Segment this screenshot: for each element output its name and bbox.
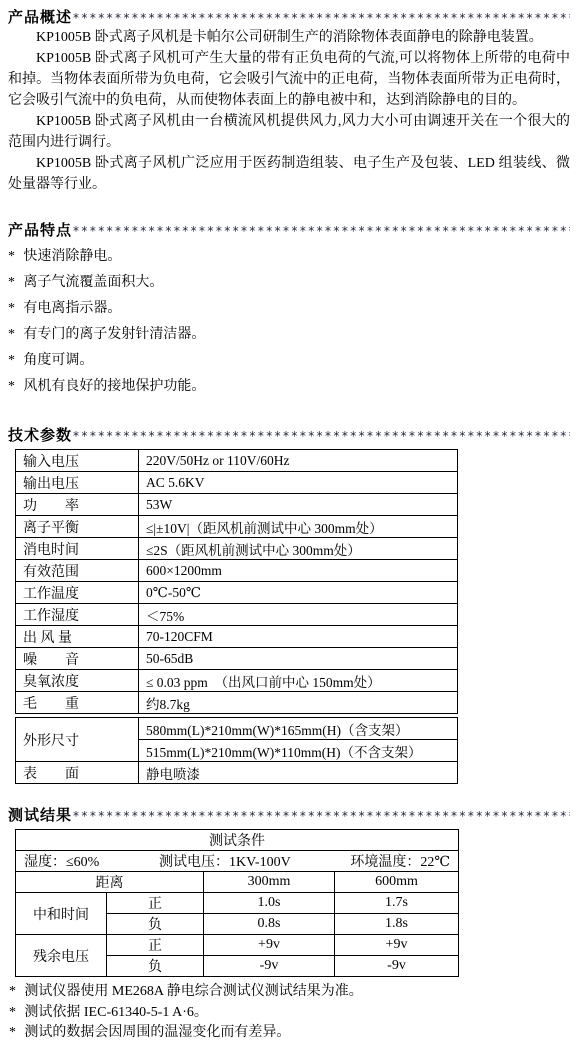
note-text: 测试依据 IEC-61340-5-1 A·6。 xyxy=(24,1005,208,1020)
asterisk-bullet: * xyxy=(8,374,23,400)
tests-title: 测试结果 xyxy=(8,804,72,825)
section-specs-heading: 技术参数 ***********************************… xyxy=(8,424,570,445)
spec-value: ≤2S（距风机前测试中心 300mm处） xyxy=(139,538,458,560)
spec-value: 约8.7kg xyxy=(139,692,458,714)
dimensions-label: 外形尺寸 xyxy=(16,718,139,762)
star-separator: ****************************************… xyxy=(73,429,570,443)
note-text: 测试的数据会因周围的温湿变化而有差异。 xyxy=(24,1025,290,1040)
specs-title: 技术参数 xyxy=(8,424,72,445)
spec-value: 0℃-50℃ xyxy=(139,582,458,604)
asterisk-bullet: * xyxy=(9,1023,24,1044)
spec-value: 220V/50Hz or 110V/60Hz xyxy=(139,450,458,472)
spec-label: 工作湿度 xyxy=(16,604,139,626)
cell-value: -9v xyxy=(335,956,459,977)
spec-label: 输出电压 xyxy=(16,472,139,494)
spec-row: 出 风 量70-120CFM xyxy=(16,626,458,648)
features-list: *快速消除静电。 *离子气流覆盖面积大。 *有电离指示器。 *有专门的离子发射针… xyxy=(8,244,570,400)
condition-voltage: 测试电压：1KV-100V xyxy=(159,851,291,871)
dimensions-table: 外形尺寸 580mm(L)*210mm(W)*165mm(H)（含支架） 515… xyxy=(15,717,458,784)
spec-value: ≤|±10V|（距风机前测试中心 300mm处） xyxy=(139,516,458,538)
overview-paragraph-3: KP1005B 卧式离子风机由一台横流风机提供风力,风力大小可由调速开关在一个很… xyxy=(8,111,570,153)
table-row: 残余电压 正 +9v +9v xyxy=(16,935,459,956)
spec-row: 臭氧浓度≤ 0.03 ppm （出风口前中心 150mm处） xyxy=(16,670,458,692)
spec-label: 消电时间 xyxy=(16,538,139,560)
feature-item: *有专门的离子发射针清洁器。 xyxy=(8,322,570,348)
spec-row: 工作温度0℃-50℃ xyxy=(16,582,458,604)
dimension-row: 外形尺寸 580mm(L)*210mm(W)*165mm(H)（含支架） xyxy=(16,718,458,740)
condition-temperature: 环境温度：22℃ xyxy=(350,851,450,871)
cell-value: +9v xyxy=(335,935,459,956)
residual-voltage-label: 残余电压 xyxy=(16,935,107,977)
feature-item: *角度可调。 xyxy=(8,348,570,374)
feature-item: *离子气流覆盖面积大。 xyxy=(8,270,570,296)
feature-item: *快速消除静电。 xyxy=(8,244,570,270)
polarity-label: 正 xyxy=(107,893,204,914)
polarity-label: 正 xyxy=(107,935,204,956)
spec-row: 有效范围600×1200mm xyxy=(16,560,458,582)
specs-table: 输入电压220V/50Hz or 110V/60Hz 输出电压AC 5.6KV … xyxy=(15,449,458,714)
features-title: 产品特点 xyxy=(8,219,72,240)
overview-paragraph-4: KP1005B 卧式离子风机广泛应用于医药制造组装、电子生产及包装、LED 组装… xyxy=(8,153,570,195)
asterisk-bullet: * xyxy=(8,244,23,270)
test-conditions-values: 湿度：≤60% 测试电压：1KV-100V 环境温度：22℃ xyxy=(24,851,450,871)
spec-value: ≤ 0.03 ppm （出风口前中心 150mm处） xyxy=(139,670,458,692)
spec-value: 600×1200mm xyxy=(139,560,458,582)
surface-row: 表 面 静电喷漆 xyxy=(16,762,458,784)
cell-value: 1.7s xyxy=(335,893,459,914)
section-overview-heading: 产品概述 ***********************************… xyxy=(8,6,570,27)
spec-label: 臭氧浓度 xyxy=(16,670,139,692)
cell-value: 1.8s xyxy=(335,914,459,935)
feature-text: 风机有良好的接地保护功能。 xyxy=(23,379,205,394)
feature-item: *风机有良好的接地保护功能。 xyxy=(8,374,570,400)
feature-text: 有专门的离子发射针清洁器。 xyxy=(23,327,205,342)
feature-text: 离子气流覆盖面积大。 xyxy=(23,275,163,290)
asterisk-bullet: * xyxy=(8,270,23,296)
note-item: *测试的数据会因周围的温湿变化而有差异。 xyxy=(9,1023,570,1044)
feature-item: *有电离指示器。 xyxy=(8,296,570,322)
spec-row: 噪 音50-65dB xyxy=(16,648,458,670)
spec-label: 工作温度 xyxy=(16,582,139,604)
asterisk-bullet: * xyxy=(9,982,24,1003)
test-conditions-row: 湿度：≤60% 测试电压：1KV-100V 环境温度：22℃ xyxy=(16,851,459,872)
spec-label: 毛 重 xyxy=(16,692,139,714)
spec-value: AC 5.6KV xyxy=(139,472,458,494)
table-row: 中和时间 正 1.0s 1.7s xyxy=(16,893,459,914)
overview-paragraph-2: KP1005B 卧式离子风机可产生大量的带有正负电荷的气流,可以将物体上所带的电… xyxy=(8,48,570,111)
document-page: 产品概述 ***********************************… xyxy=(0,0,577,1054)
cell-value: -9v xyxy=(204,956,335,977)
star-separator: ****************************************… xyxy=(73,224,570,238)
section-features-heading: 产品特点 ***********************************… xyxy=(8,219,570,240)
test-conditions-title-row: 测试条件 xyxy=(16,830,459,851)
spec-row: 毛 重约8.7kg xyxy=(16,692,458,714)
spec-label: 输入电压 xyxy=(16,450,139,472)
spec-value: 50-65dB xyxy=(139,648,458,670)
spec-row: 离子平衡≤|±10V|（距风机前测试中心 300mm处） xyxy=(16,516,458,538)
overview-paragraphs: KP1005B 卧式离子风机是卡帕尔公司研制生产的消除物体表面静电的除静电装置。… xyxy=(8,27,570,195)
spec-value: 53W xyxy=(139,494,458,516)
section-specs: 技术参数 ***********************************… xyxy=(8,424,570,784)
surface-label: 表 面 xyxy=(16,762,139,784)
spec-row: 输出电压AC 5.6KV xyxy=(16,472,458,494)
overview-paragraph-1: KP1005B 卧式离子风机是卡帕尔公司研制生产的消除物体表面静电的除静电装置。 xyxy=(8,27,570,48)
section-features: 产品特点 ***********************************… xyxy=(8,219,570,400)
spec-row: 工作湿度＜75% xyxy=(16,604,458,626)
polarity-label: 负 xyxy=(107,914,204,935)
distance-600: 600mm xyxy=(335,872,459,893)
condition-humidity: 湿度：≤60% xyxy=(24,851,99,871)
spec-label: 离子平衡 xyxy=(16,516,139,538)
asterisk-bullet: * xyxy=(9,1003,24,1024)
distance-label: 距离 xyxy=(16,872,204,893)
cell-value: +9v xyxy=(204,935,335,956)
section-tests-heading: 测试结果 ***********************************… xyxy=(8,804,570,825)
distance-header-row: 距离 300mm 600mm xyxy=(16,872,459,893)
asterisk-bullet: * xyxy=(8,348,23,374)
test-conditions-title: 测试条件 xyxy=(16,830,459,851)
test-results-table: 测试条件 湿度：≤60% 测试电压：1KV-100V 环境温度：22℃ 距离 3… xyxy=(15,829,459,977)
asterisk-bullet: * xyxy=(8,322,23,348)
feature-text: 快速消除静电。 xyxy=(23,249,121,264)
cell-value: 0.8s xyxy=(204,914,335,935)
spec-value: ＜75% xyxy=(139,604,458,626)
cell-value: 1.0s xyxy=(204,893,335,914)
distance-300: 300mm xyxy=(204,872,335,893)
overview-title: 产品概述 xyxy=(8,6,72,27)
spec-row: 消电时间≤2S（距风机前测试中心 300mm处） xyxy=(16,538,458,560)
dimension-value: 515mm(L)*210mm(W)*110mm(H)（不含支架） xyxy=(139,740,458,762)
spec-label: 出 风 量 xyxy=(16,626,139,648)
spec-label: 功 率 xyxy=(16,494,139,516)
polarity-label: 负 xyxy=(107,956,204,977)
spec-row: 输入电压220V/50Hz or 110V/60Hz xyxy=(16,450,458,472)
note-item: *测试仪器使用 ME268A 静电综合测试仪测试结果为准。 xyxy=(9,982,570,1003)
star-separator: ****************************************… xyxy=(73,809,570,823)
asterisk-bullet: * xyxy=(8,296,23,322)
test-conditions: 湿度：≤60% 测试电压：1KV-100V 环境温度：22℃ xyxy=(16,851,459,872)
spec-label: 有效范围 xyxy=(16,560,139,582)
spec-value: 70-120CFM xyxy=(139,626,458,648)
spec-label: 噪 音 xyxy=(16,648,139,670)
spec-row: 功 率53W xyxy=(16,494,458,516)
surface-value: 静电喷漆 xyxy=(139,762,458,784)
note-item: *测试依据 IEC-61340-5-1 A·6。 xyxy=(9,1003,570,1024)
test-notes: *测试仪器使用 ME268A 静电综合测试仪测试结果为准。 *测试依据 IEC-… xyxy=(9,982,570,1044)
dimension-value: 580mm(L)*210mm(W)*165mm(H)（含支架） xyxy=(139,718,458,740)
star-separator: ****************************************… xyxy=(73,11,570,25)
feature-text: 角度可调。 xyxy=(23,353,93,368)
feature-text: 有电离指示器。 xyxy=(23,301,121,316)
note-text: 测试仪器使用 ME268A 静电综合测试仪测试结果为准。 xyxy=(24,984,362,999)
section-tests: 测试结果 ***********************************… xyxy=(8,804,570,1044)
neutralize-time-label: 中和时间 xyxy=(16,893,107,935)
